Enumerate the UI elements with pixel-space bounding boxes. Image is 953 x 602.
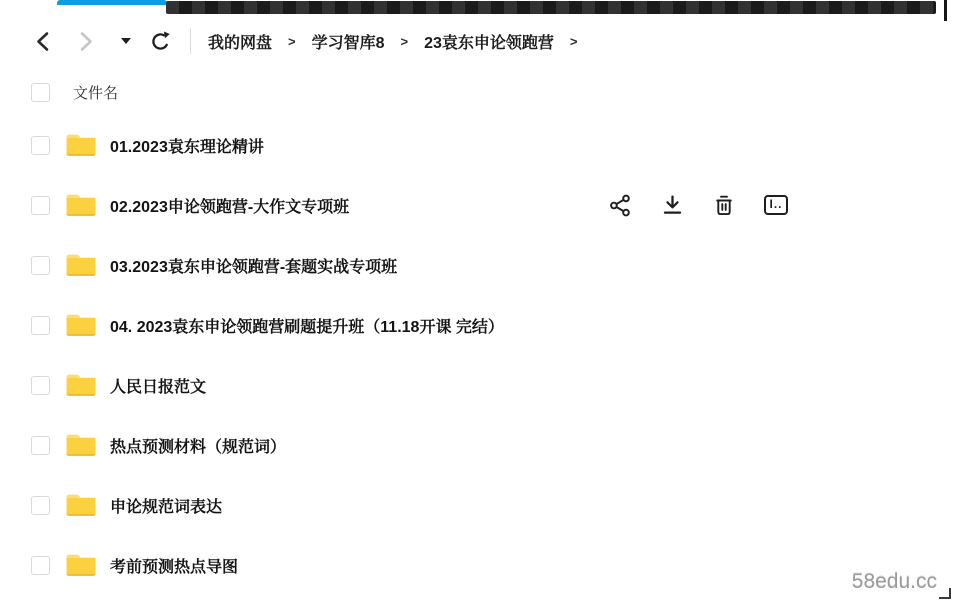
browser-active-tab[interactable] [57,0,167,5]
breadcrumb-separator: > [570,34,578,49]
delete-button[interactable] [711,192,737,218]
rename-button[interactable]: I.. [763,192,789,218]
file-row[interactable]: 申论规范词表达 [0,475,953,535]
rename-icon: I.. [764,195,788,215]
download-icon [660,193,685,218]
share-button[interactable] [607,192,633,218]
breadcrumb-separator: > [288,34,296,49]
row-checkbox[interactable] [31,256,50,275]
window-title-bar [166,1,936,14]
back-button[interactable] [34,31,51,52]
breadcrumb: 我的网盘>学习智库8>23袁东申论领跑营> [208,30,594,53]
download-button[interactable] [659,192,685,218]
breadcrumb-item[interactable]: 23袁东申论领跑营 [424,30,554,53]
file-row[interactable]: 01.2023袁东理论精讲 [0,115,953,175]
rename-icon-glyph: I.. [769,197,782,212]
file-name[interactable]: 02.2023申论领跑营-大作文专项班 [110,194,349,217]
chevron-right-icon [78,31,95,52]
row-checkbox[interactable] [31,196,50,215]
corner-bracket [939,588,951,599]
toolbar-divider [190,28,191,54]
refresh-icon [149,30,172,53]
breadcrumb-separator: > [401,34,409,49]
file-row[interactable]: 热点预测材料（规范词） [0,415,953,475]
watermark: 58edu.cc [852,570,937,594]
file-name[interactable]: 03.2023袁东申论领跑营-套题实战专项班 [110,254,397,277]
refresh-button[interactable] [149,30,172,53]
file-row[interactable]: 03.2023袁东申论领跑营-套题实战专项班 [0,235,953,295]
row-checkbox[interactable] [31,136,50,155]
file-name[interactable]: 申论规范词表达 [110,494,222,517]
row-checkbox[interactable] [31,496,50,515]
window-edge [944,0,947,21]
trash-icon [712,193,736,218]
file-list: 01.2023袁东理论精讲 02.2023申论领跑营-大作文专项班 [0,115,953,595]
chevron-left-icon [34,31,51,52]
file-name[interactable]: 01.2023袁东理论精讲 [110,134,264,157]
file-name[interactable]: 04. 2023袁东申论领跑营刷题提升班（11.18开课 完结） [110,314,504,337]
navigation-toolbar: 我的网盘>学习智库8>23袁东申论领跑营> [0,26,953,56]
file-row[interactable]: 04. 2023袁东申论领跑营刷题提升班（11.18开课 完结） [0,295,953,355]
file-row[interactable]: 人民日报范文 [0,355,953,415]
filename-column-header: 文件名 [73,82,118,103]
list-header: 文件名 [0,80,953,104]
folder-icon [65,432,97,458]
row-checkbox[interactable] [31,556,50,575]
history-dropdown-caret-icon[interactable] [121,38,131,44]
file-name[interactable]: 人民日报范文 [110,374,206,397]
folder-icon [65,252,97,278]
row-checkbox[interactable] [31,376,50,395]
folder-icon [65,312,97,338]
share-icon [608,193,633,218]
file-name[interactable]: 热点预测材料（规范词） [110,434,286,457]
folder-icon [65,372,97,398]
folder-icon [65,132,97,158]
folder-icon [65,552,97,578]
folder-icon [65,492,97,518]
forward-button[interactable] [78,31,95,52]
file-row[interactable]: 考前预测热点导图 [0,535,953,595]
folder-icon [65,192,97,218]
row-checkbox[interactable] [31,436,50,455]
row-checkbox[interactable] [31,316,50,335]
file-name[interactable]: 考前预测热点导图 [110,554,238,577]
breadcrumb-item[interactable]: 学习智库8 [312,30,385,53]
file-row[interactable]: 02.2023申论领跑营-大作文专项班 [0,175,953,235]
breadcrumb-item[interactable]: 我的网盘 [208,30,272,53]
row-actions: I.. [607,175,789,235]
select-all-checkbox[interactable] [31,83,50,102]
file-manager-window: 我的网盘>学习智库8>23袁东申论领跑营> 文件名 01.2023袁东理论精讲 … [0,0,953,602]
